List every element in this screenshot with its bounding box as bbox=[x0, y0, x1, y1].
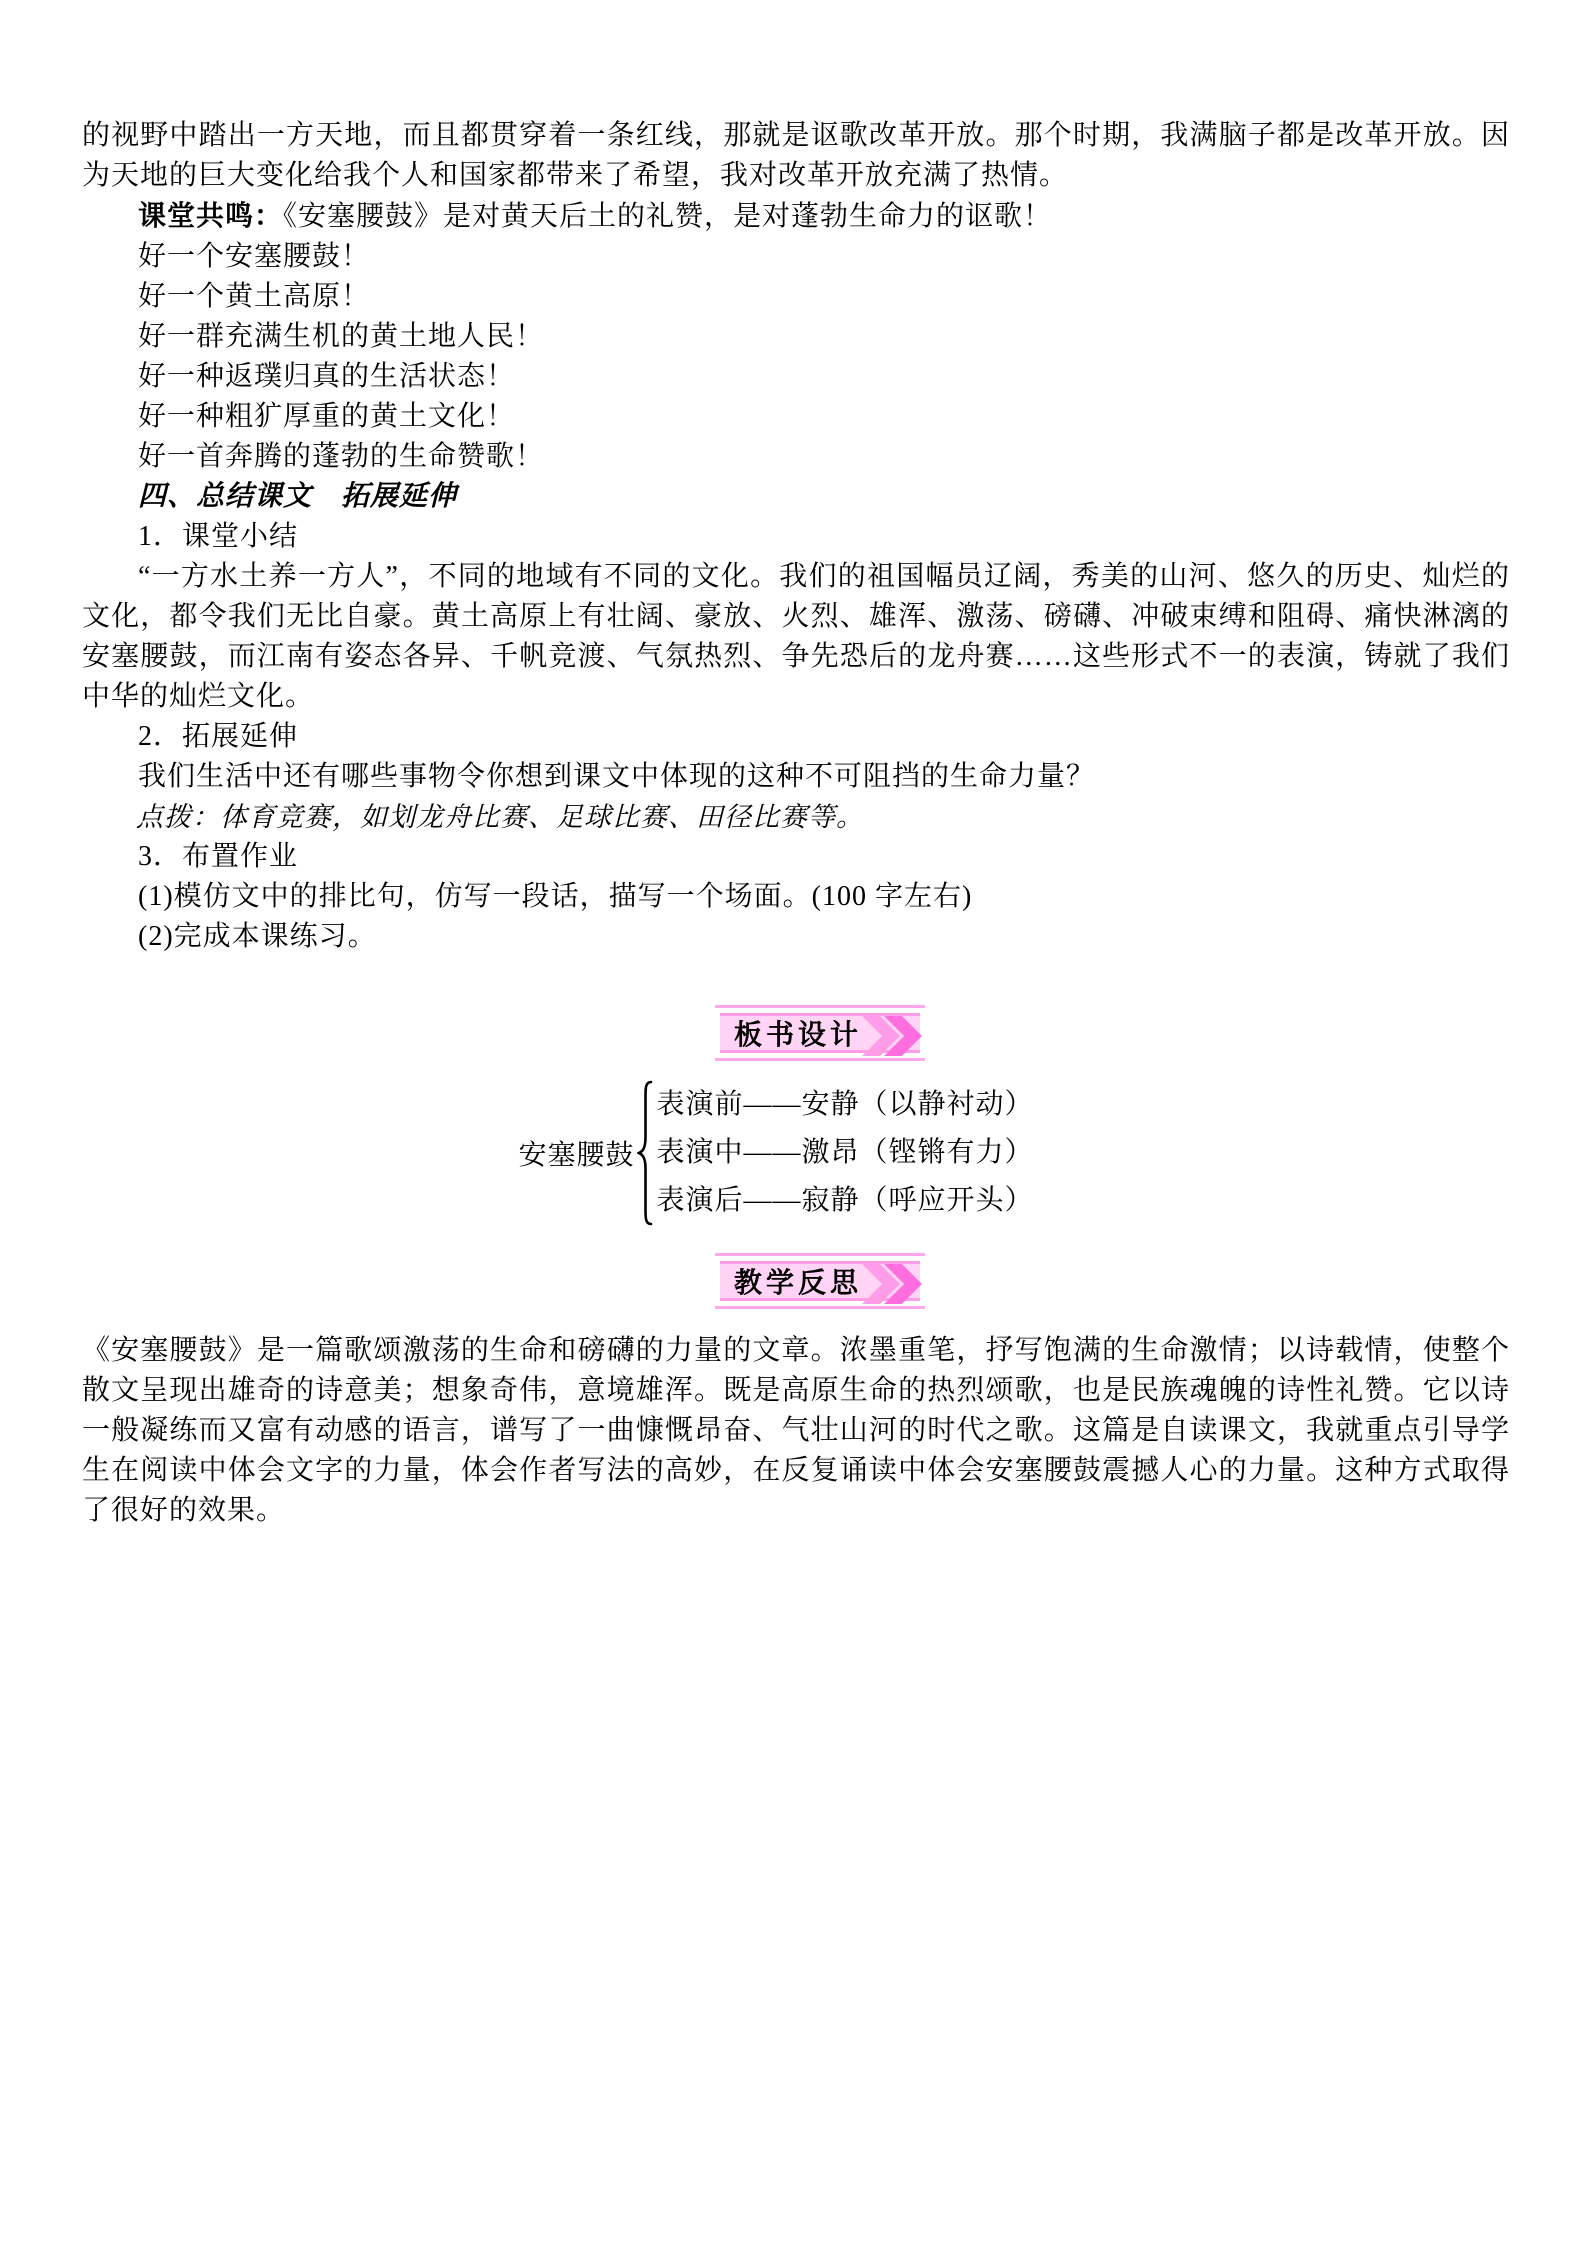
exclamation-line: 好一个黄土高原！ bbox=[82, 277, 1510, 317]
brace-icon bbox=[637, 1079, 653, 1227]
hint-text: 体育竞赛，如划龙舟比赛、足球比赛、田径比赛等。 bbox=[220, 802, 864, 832]
hint-line: 点拨：体育竞赛，如划龙舟比赛、足球比赛、田径比赛等。 bbox=[82, 797, 1510, 837]
diagram-row: 表演前——安静（以静衬动） bbox=[657, 1081, 1034, 1129]
item3-heading: 3．布置作业 bbox=[82, 837, 1510, 877]
hint-label: 点拨： bbox=[136, 802, 220, 832]
diagram-row: 表演中——激昂（铿锵有力） bbox=[657, 1129, 1034, 1177]
intro-paragraph: 的视野中踏出一方天地，而且都贯穿着一条红线，那就是讴歌改革开放。那个时期，我满脑… bbox=[82, 116, 1510, 196]
diagram-row: 表演后——寂静（呼应开头） bbox=[657, 1177, 1034, 1225]
exclamation-line: 好一种粗犷厚重的黄土文化！ bbox=[82, 397, 1510, 437]
teaching-reflection-banner-body: 教学反思 bbox=[720, 1261, 920, 1301]
section-heading: 四、总结课文 拓展延伸 bbox=[82, 477, 1510, 517]
extension-question: 我们生活中还有哪些事物令你想到课文中体现的这种不可阻挡的生命力量？ bbox=[82, 757, 1510, 797]
exclamation-line: 好一种返璞归真的生活状态！ bbox=[82, 357, 1510, 397]
item2-heading: 2．拓展延伸 bbox=[82, 717, 1510, 757]
classroom-resonance-text: 《安塞腰鼓》是对黄天后土的礼赞，是对蓬勃生命力的讴歌！ bbox=[283, 201, 1052, 232]
item1-heading: 1．课堂小结 bbox=[82, 517, 1510, 557]
diagram-subject-label: 安塞腰鼓 bbox=[518, 1133, 634, 1173]
teaching-reflection-banner-row: 教学反思 bbox=[82, 1261, 1510, 1301]
summary-paragraph: “一方水土养一方人”，不同的地域有不同的文化。我们的祖国幅员辽阔，秀美的山河、悠… bbox=[82, 557, 1510, 717]
homework-line: (2)完成本课练习。 bbox=[82, 917, 1510, 957]
board-design-banner-row: 板书设计 bbox=[82, 1013, 1510, 1053]
board-design-banner-label: 板书设计 bbox=[734, 1013, 862, 1053]
teaching-reflection-banner: 教学反思 bbox=[720, 1261, 920, 1301]
diagram-rows: 表演前——安静（以静衬动） 表演中——激昂（铿锵有力） 表演后——寂静（呼应开头… bbox=[657, 1081, 1034, 1225]
homework-line: (1)模仿文中的排比句，仿写一段话，描写一个场面。(100 字左右) bbox=[82, 877, 1510, 917]
teaching-reflection-banner-label: 教学反思 bbox=[734, 1261, 862, 1301]
classroom-resonance-line: 课堂共鸣：《安塞腰鼓》是对黄天后土的礼赞，是对蓬勃生命力的讴歌！ bbox=[82, 196, 1510, 237]
exclamation-line: 好一首奔腾的蓬勃的生命赞歌！ bbox=[82, 437, 1510, 477]
board-design-banner: 板书设计 bbox=[720, 1013, 920, 1053]
document-page: 的视野中踏出一方天地，而且都贯穿着一条红线，那就是讴歌改革开放。那个时期，我满脑… bbox=[0, 0, 1587, 2245]
board-design-banner-body: 板书设计 bbox=[720, 1013, 920, 1053]
exclamation-line: 好一个安塞腰鼓！ bbox=[82, 237, 1510, 277]
exclamation-line: 好一群充满生机的黄土地人民！ bbox=[82, 317, 1510, 357]
teaching-reflection-paragraph: 《安塞腰鼓》是一篇歌颂激荡的生命和磅礴的力量的文章。浓墨重笔，抒写饱满的生命激情… bbox=[82, 1331, 1510, 1531]
board-design-diagram: 安塞腰鼓 表演前——安静（以静衬动） 表演中——激昂（铿锵有力） 表演后——寂静… bbox=[62, 1079, 1490, 1227]
classroom-resonance-label: 课堂共鸣： bbox=[138, 200, 283, 231]
